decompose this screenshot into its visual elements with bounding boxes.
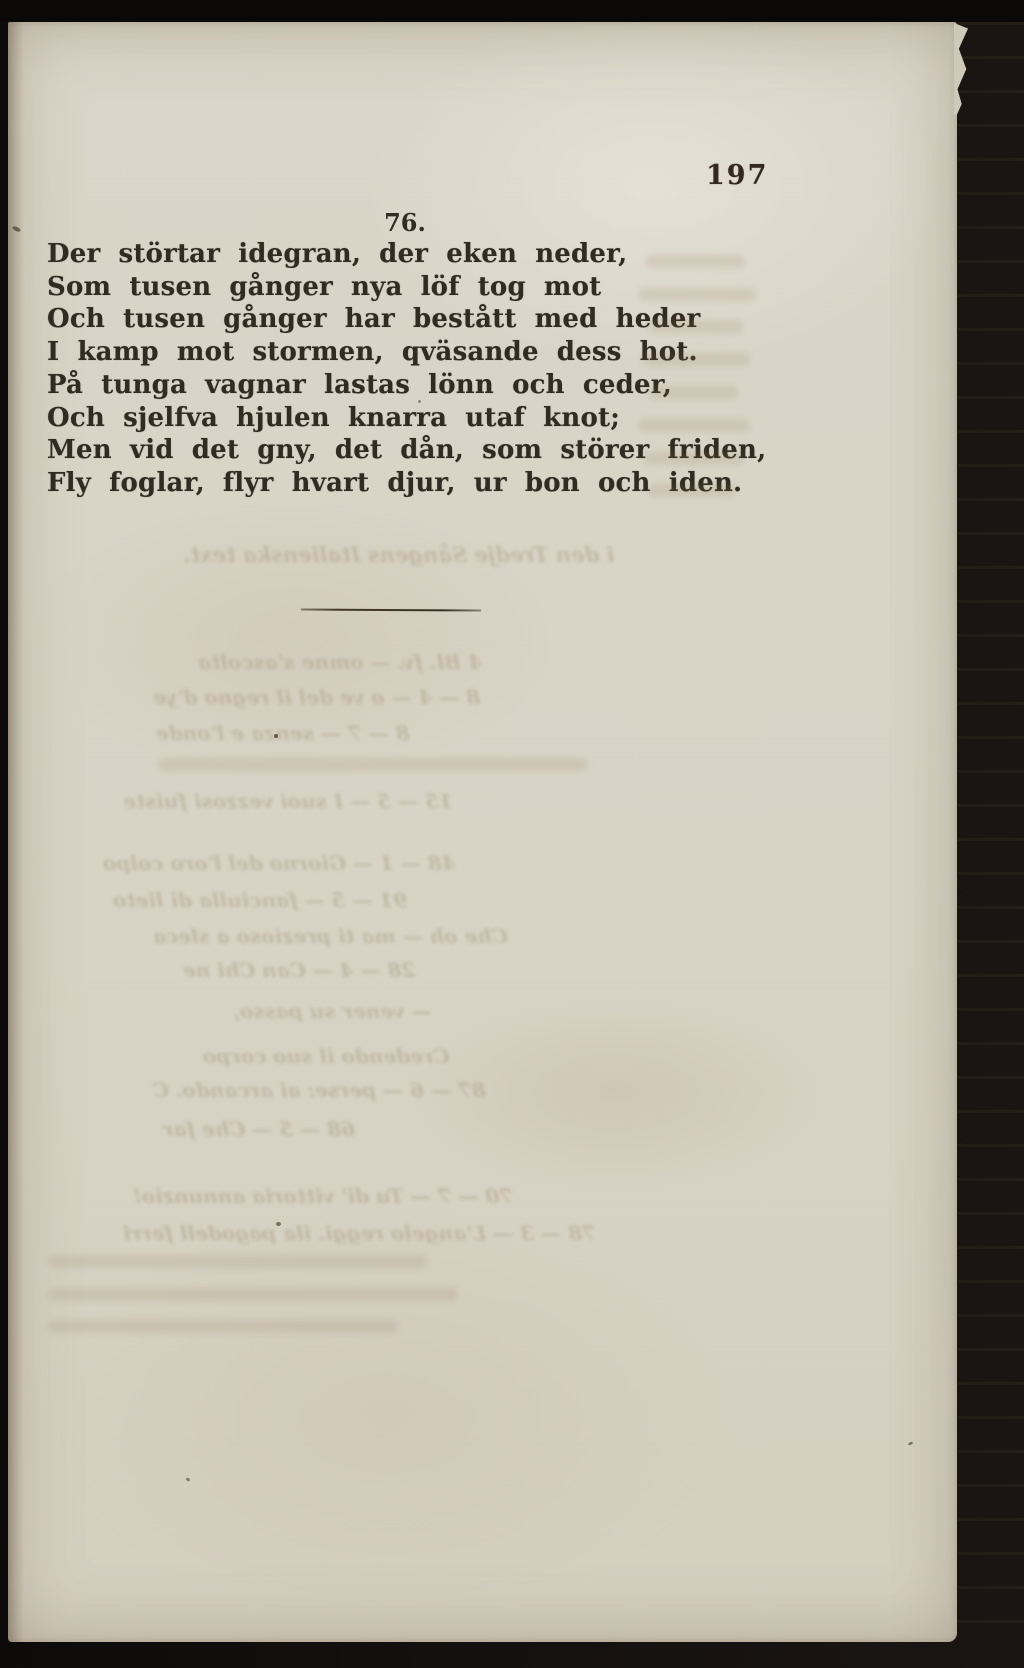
bleedthrough-line: 8 — 4 — o ve del il regno d'ye: [153, 685, 480, 709]
bleedthrough-line: 68 — 5 — Che far: [163, 1117, 355, 1141]
bleedthrough-line: Che oh — ma ti prezioso a sleca: [153, 924, 508, 948]
book-fore-edge-texture: [958, 22, 1024, 1642]
bleedthrough-line: 78 — 3 — L'angelo reggi. ila pagodell fe…: [123, 1221, 596, 1245]
bleedthrough-line: 91 — 5 — fanciulla di lieto: [113, 888, 407, 912]
bleedthrough-line: 8 — 7 — senza e l'onde: [156, 721, 410, 745]
bleedthrough-line: [158, 758, 588, 771]
bleedthrough-line: [648, 484, 736, 497]
bleedthrough-line: [644, 452, 744, 465]
bleedthrough-line: [648, 386, 738, 399]
paper-speck: [276, 1222, 281, 1226]
bleedthrough-line: [48, 1288, 458, 1301]
bleedthrough-line: [638, 288, 756, 301]
bleedthrough-line: [642, 353, 750, 366]
paper-speck: [418, 400, 421, 403]
paper-speck: [274, 734, 278, 738]
bleedthrough-line: Credendo il suo corpo: [203, 1044, 449, 1068]
bleedthrough-line: [645, 255, 745, 268]
bleedthrough-line: — vener su passo,: [233, 999, 432, 1023]
scanned-book-page: 197 76. Der störtar idegran, der eken ne…: [8, 22, 957, 1642]
bleedthrough-line: [648, 320, 743, 333]
bleedthrough-line: 4 Bl. fv. — omne s'ascolta: [198, 650, 482, 674]
bleedthrough-layer: i den Tredje Sångens Italienska text.4 B…: [8, 22, 957, 1642]
bleedthrough-line: 15 — 5 — I suoi vezzosi fuiste: [123, 789, 453, 813]
bleedthrough-line: 87 — 6 — perse: ai arcando. C: [153, 1078, 486, 1102]
bleedthrough-line: 48 — 1 — Giorno del l'oro colpo: [103, 851, 456, 875]
bleedthrough-line: [48, 1255, 428, 1268]
bleedthrough-line: [48, 1320, 398, 1333]
bleedthrough-line: i den Tredje Sångens Italienska text.: [183, 542, 614, 567]
bleedthrough-line: [638, 419, 750, 432]
scan-frame-top: [0, 0, 1024, 22]
bleedthrough-line: 70 — 7 — Tu di' vittoria annunzio!: [133, 1184, 513, 1208]
bleedthrough-line: 28 — 4 — Can Chi ne: [183, 958, 415, 982]
